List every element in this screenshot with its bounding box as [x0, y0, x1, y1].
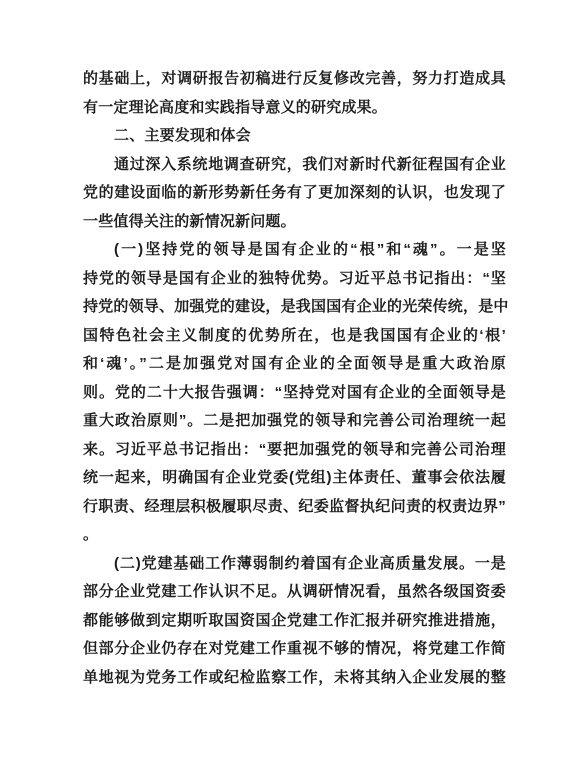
section-heading: 二、主要发现和体会: [83, 122, 506, 151]
text-line: (二)党建基础工作薄弱制约着国有企业高质量发展。一是: [83, 550, 506, 579]
text-line: 持党的领导、加强党的建设，是我国国有企业的光荣传统，是中: [83, 293, 506, 322]
text-line: 和‘魂’。”二是加强党对国有企业的全面领导是重大政治原: [83, 350, 506, 379]
document-page: 的基础上，对调研报告初稿进行反复修改完善，努力打造成具有一定理论高度和实践指导意…: [0, 0, 586, 759]
text-line: 一些值得关注的新情况新问题。: [83, 208, 506, 237]
text-line: 持党的领导是国有企业的独特优势。习近平总书记指出：“坚: [83, 265, 506, 294]
text-line: (一)坚持党的领导是国有企业的“根”和“魂”。一是坚: [83, 236, 506, 265]
document-body: 的基础上，对调研报告初稿进行反复修改完善，努力打造成具有一定理论高度和实践指导意…: [83, 65, 506, 692]
text-line: 有一定理论高度和实践指导意义的研究成果。: [83, 94, 506, 123]
text-line: 通过深入系统地调查研究，我们对新时代新征程国有企业: [83, 151, 506, 180]
text-line: 但部分企业仍存在对党建工作重视不够的情况，将党建工作简: [83, 635, 506, 664]
text-line: 都能够做到定期听取国资国企党建工作汇报并研究推进措施，: [83, 607, 506, 636]
text-line: 单地视为党务工作或纪检监察工作，未将其纳入企业发展的整: [83, 664, 506, 693]
text-line: 行职责、经理层积极履职尽责、纪委监督执纪问责的权责边界”: [83, 493, 506, 522]
text-line: 。: [83, 521, 506, 550]
text-line: 重大政治原则”。二是把加强党的领导和完善公司治理统一起: [83, 407, 506, 436]
text-line: 党的建设面临的新形势新任务有了更加深刻的认识，也发现了: [83, 179, 506, 208]
text-line: 则。党的二十大报告强调：“坚持党对国有企业的全面领导是: [83, 379, 506, 408]
text-line: 来。习近平总书记指出：“要把加强党的领导和完善公司治理: [83, 436, 506, 465]
text-line: 国特色社会主义制度的优势所在，也是我国国有企业的‘根’: [83, 322, 506, 351]
text-line: 部分企业党建工作认识不足。从调研情况看，虽然各级国资委: [83, 578, 506, 607]
text-line: 的基础上，对调研报告初稿进行反复修改完善，努力打造成具: [83, 65, 506, 94]
text-line: 统一起来，明确国有企业党委(党组)主体责任、董事会依法履: [83, 464, 506, 493]
